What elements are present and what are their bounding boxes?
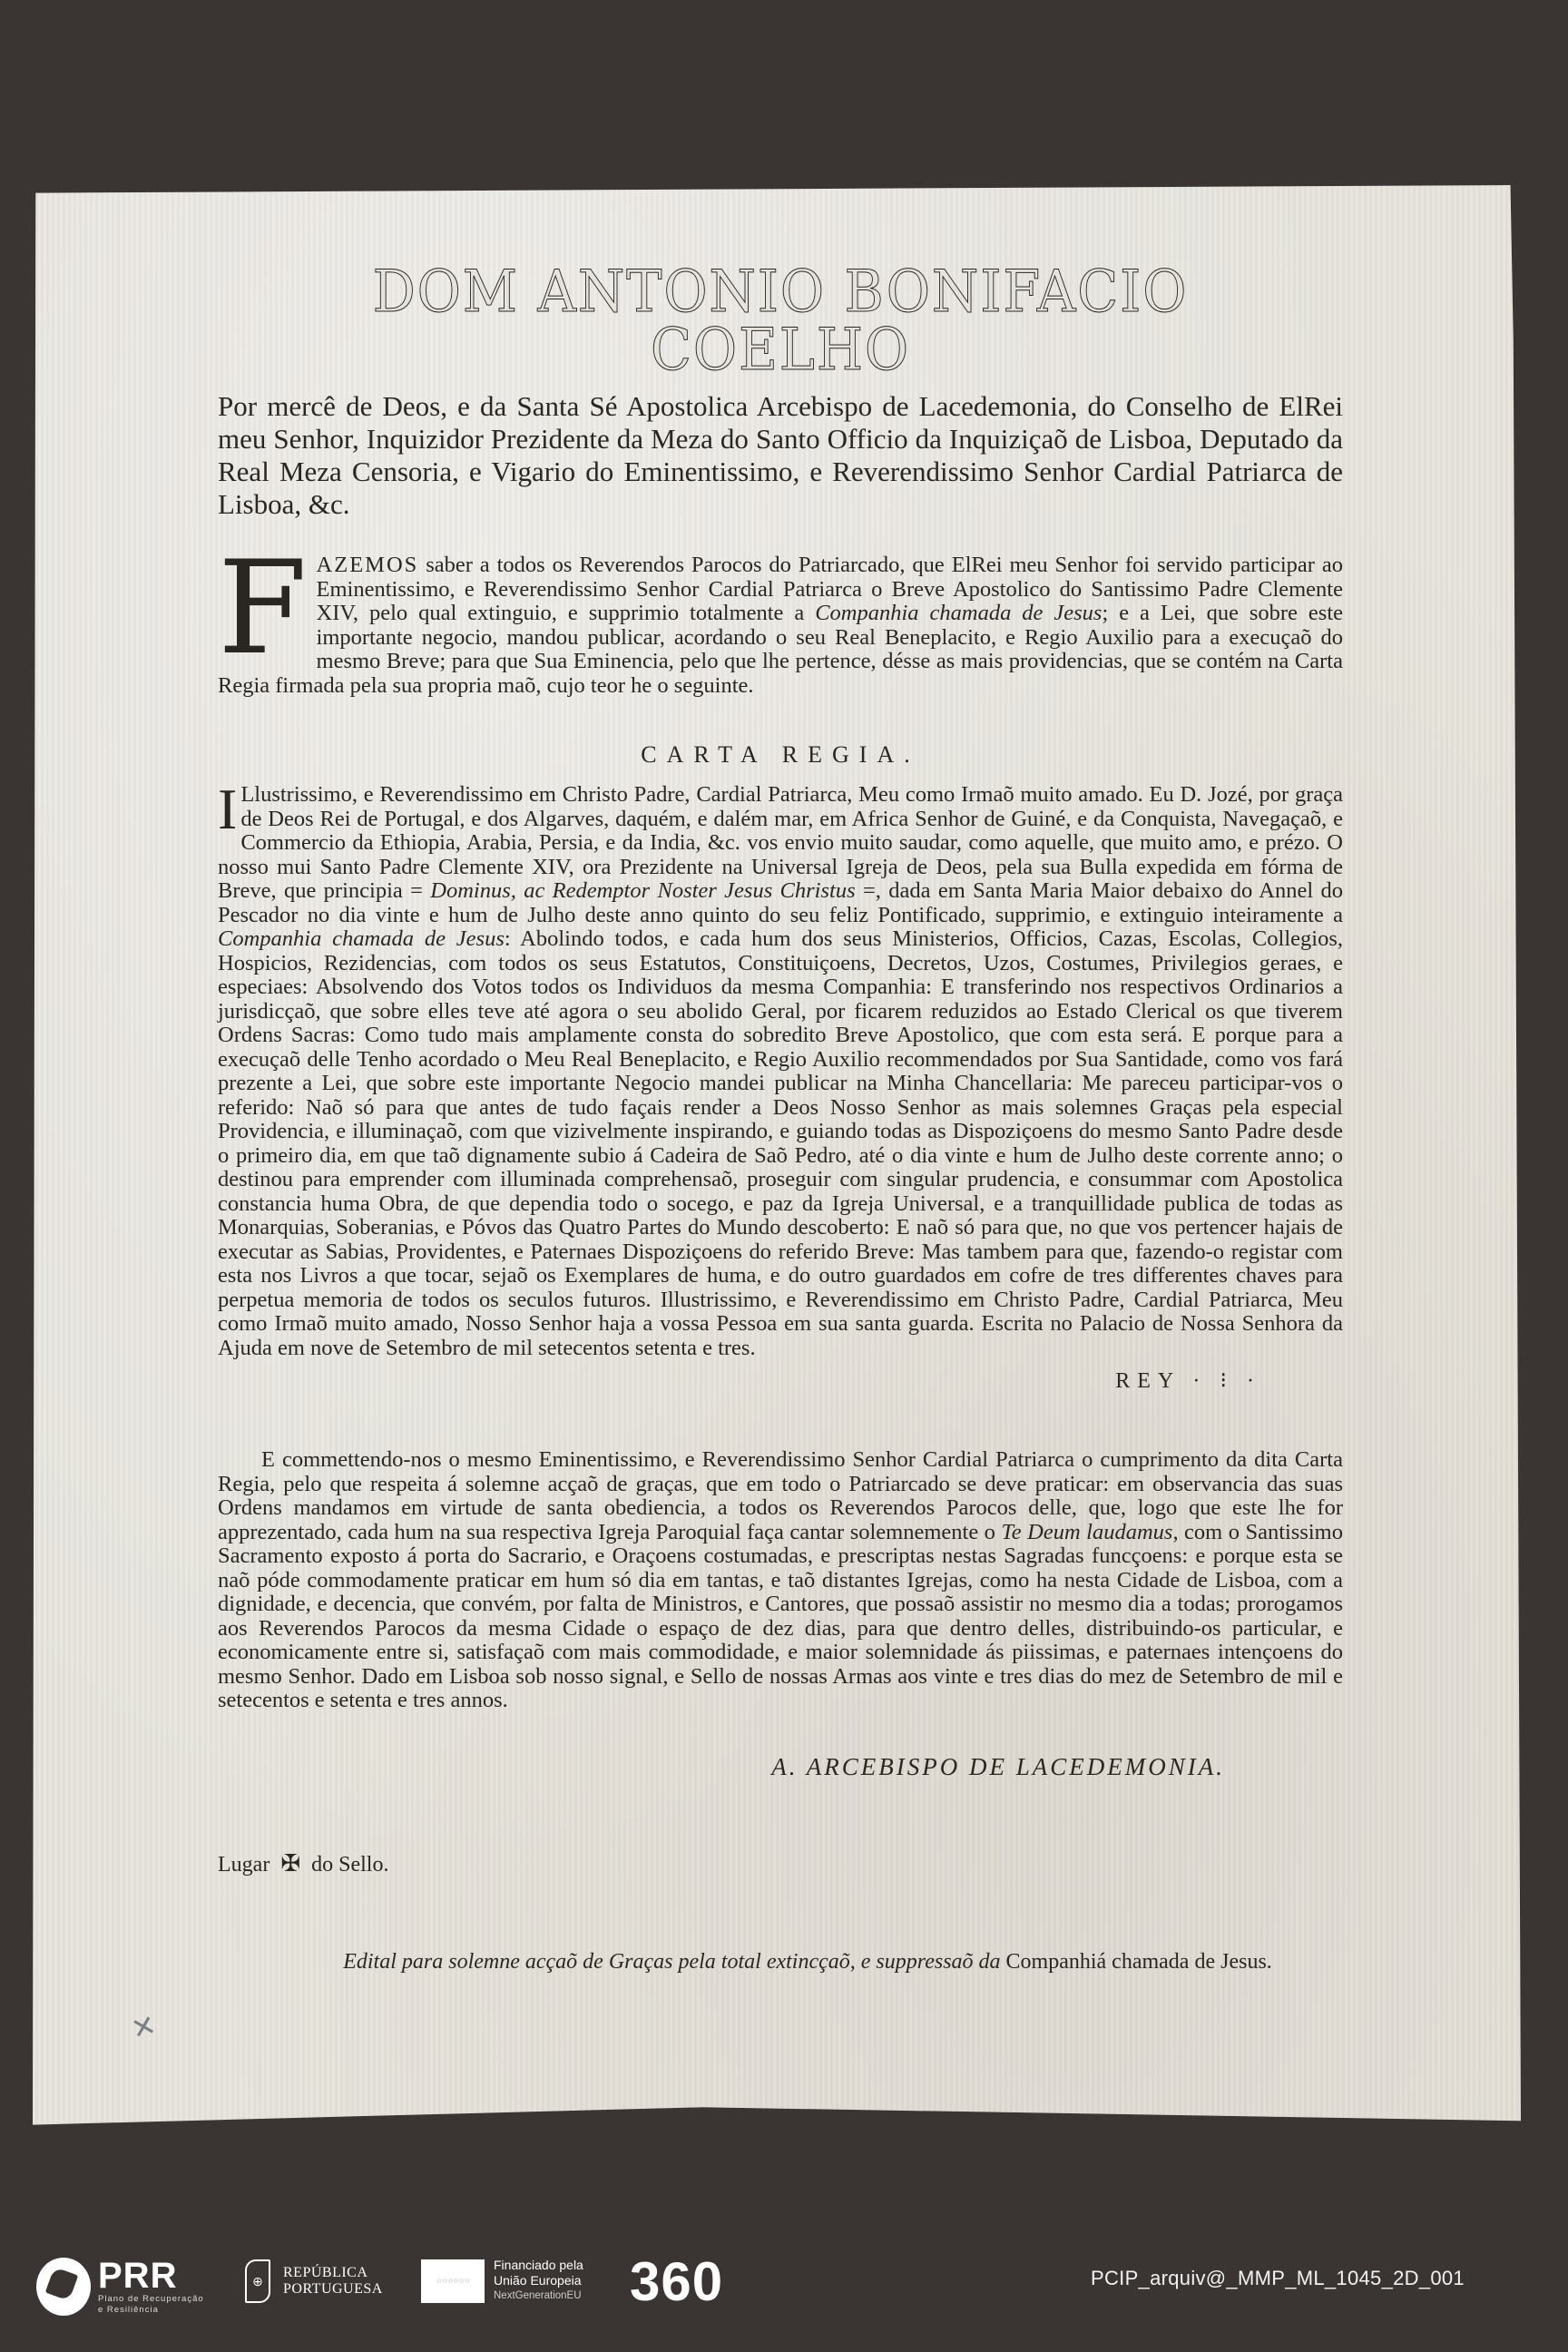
closing-paragraph: E commettendo-nos o mesmo Eminentissimo,… xyxy=(218,1448,1343,1713)
carta-italic-2: Companhia chamada de Jesus xyxy=(218,926,505,951)
closing-italic: Te Deum laudamus xyxy=(1001,1520,1172,1544)
carta-regia-paragraph: ILlustrissimo, e Reverendissimo em Chris… xyxy=(218,783,1343,1360)
edict-title: Edital para solemne acçaõ de Graças pela… xyxy=(272,1950,1343,1975)
republica-line-1: REPÚBLICA xyxy=(283,2265,383,2281)
eu-flag-icon: ☆☆☆☆☆☆ xyxy=(421,2259,485,2303)
section-heading-carta-regia: CARTA REGIA. xyxy=(218,741,1343,769)
prr-subtitle-2: e Resiliência xyxy=(98,2305,204,2316)
document-subtitle: Por mercê de Deos, e da Santa Sé Apostol… xyxy=(218,390,1343,521)
prr-emblem-icon xyxy=(36,2258,91,2316)
eu-funding-logo: ☆☆☆☆☆☆ Financiado pela União Europeia Ne… xyxy=(421,2258,583,2304)
seal-before: Lugar xyxy=(218,1853,269,1877)
archbishop-signature: A. ARCEBISPO DE LACEDEMONIA. xyxy=(218,1753,1225,1781)
eu-line-3: NextGenerationEU xyxy=(494,2288,583,2304)
edict-title-roman: Companhiá chamada de Jesus. xyxy=(1006,1950,1272,1974)
archive-identifier: PCIP_arquiv@_MMP_ML_1045_2D_001 xyxy=(1091,2267,1465,2290)
prr-logo: PRR Plano de Recuperação e Resiliência xyxy=(36,2255,204,2318)
republica-portuguesa-logo: ⊕ REPÚBLICA PORTUGUESA xyxy=(245,2259,383,2303)
dropcap-f: F xyxy=(218,555,308,662)
intro-italic: Companhia chamada de Jesus xyxy=(815,601,1102,625)
prr-title: PRR xyxy=(98,2258,204,2294)
edict-title-italic: Edital para solemne acçaõ de Graças pela… xyxy=(343,1950,1000,1974)
carta-part-3: : Abolindo todos, e cada hum dos seus Mi… xyxy=(218,926,1343,1360)
republica-line-2: PORTUGUESA xyxy=(283,2281,383,2298)
carta-signature-rey: REY · ⁝ · xyxy=(218,1367,1261,1394)
prr-subtitle-1: Plano de Recuperação xyxy=(98,2294,204,2305)
intro-paragraph: FAZEMOS saber a todos os Reverendos Paro… xyxy=(218,554,1343,698)
eu-line-2: União Europeia xyxy=(494,2273,583,2288)
maltese-cross-icon: ✠ xyxy=(280,1850,300,1877)
footer-bar: PRR Plano de Recuperação e Resiliência ⊕… xyxy=(0,2214,1568,2352)
dropcap-i: I xyxy=(218,785,237,834)
document-title: DOM ANTONIO BONIFACIO COELHO xyxy=(263,263,1298,379)
closing-part-2: , com o Santissimo Sacramento exposto á … xyxy=(218,1520,1343,1713)
intro-lead: AZEMOS xyxy=(317,553,419,577)
seal-after: do Sello. xyxy=(311,1853,388,1877)
eu-line-1: Financiado pela xyxy=(494,2258,583,2273)
logo-360: 360 xyxy=(630,2254,723,2310)
armillary-sphere-icon: ⊕ xyxy=(245,2259,270,2303)
seal-line: Lugar ✠ do Sello. xyxy=(218,1850,1343,1877)
carta-italic-1: Dominus, ac Redemptor Noster Jesus Chris… xyxy=(430,878,855,903)
document-body: DOM ANTONIO BONIFACIO COELHO Por mercê d… xyxy=(218,263,1343,1975)
